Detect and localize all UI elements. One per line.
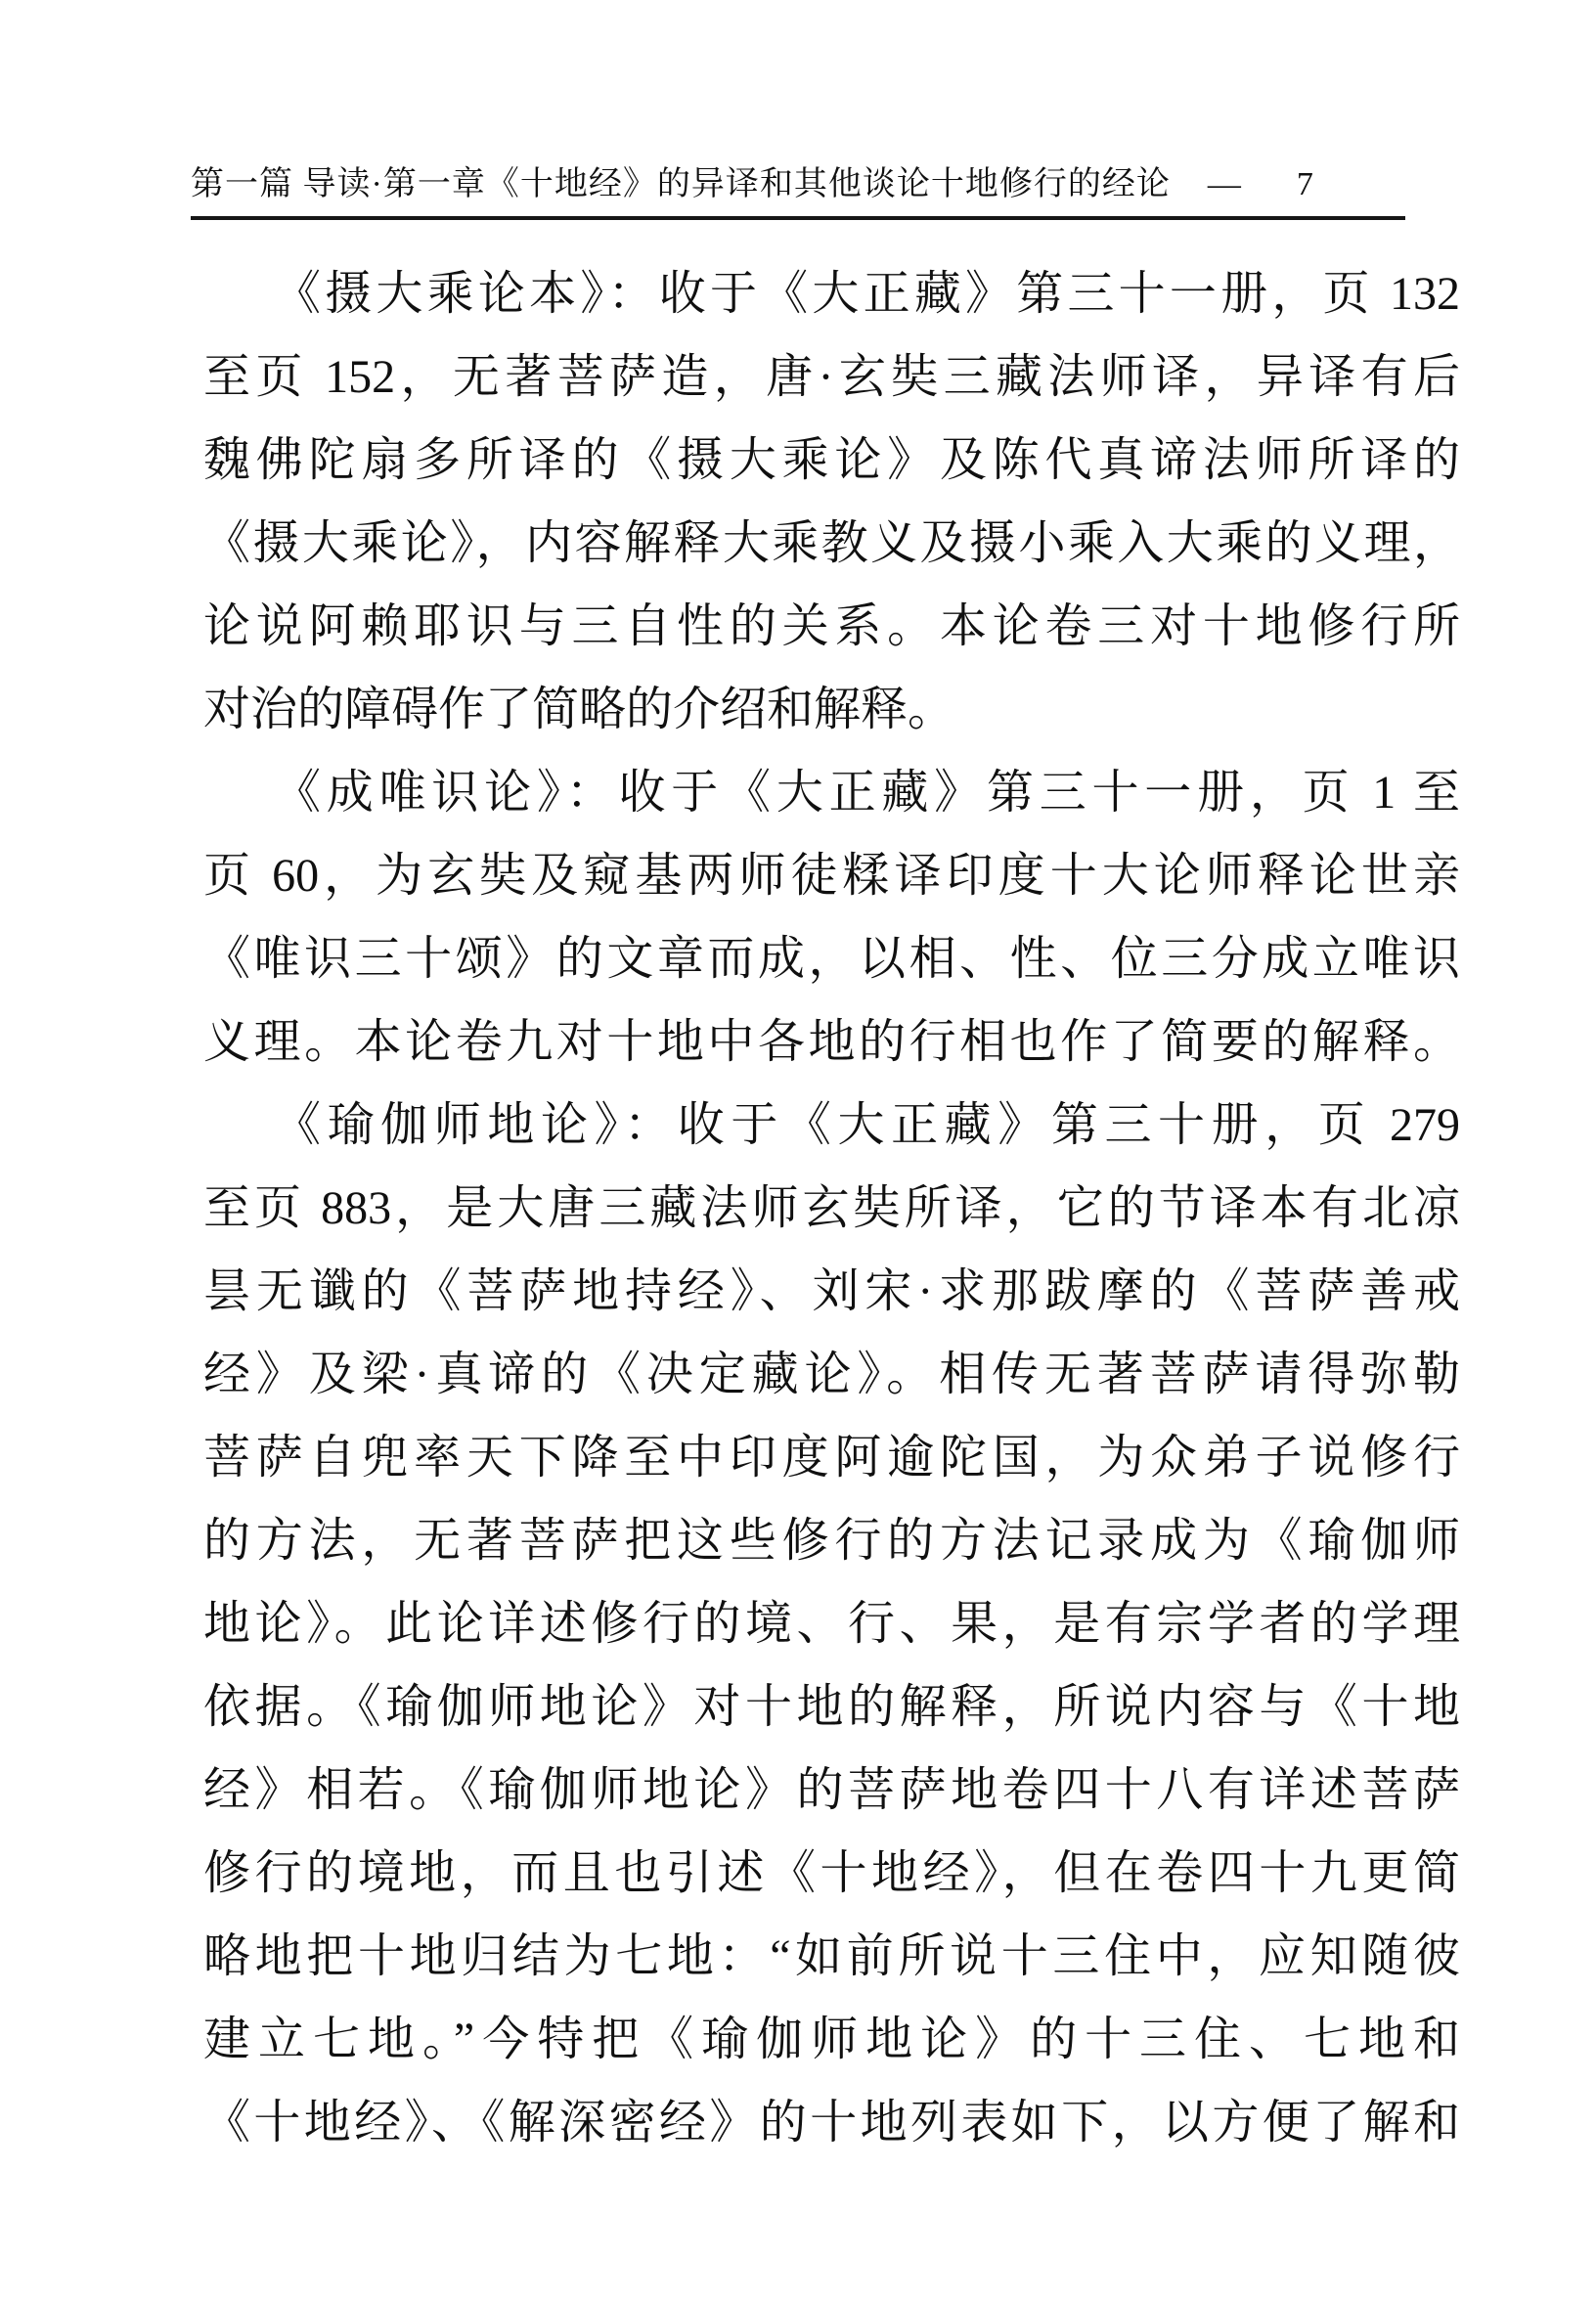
text-line-2: 至页 152，无著菩萨造，唐·玄奘三藏法师译，异译有后 <box>203 335 1460 419</box>
text-line-4: 《摄大乘论》，内容解释大乘教义及摄小乘入大乘的义理， <box>203 502 1460 585</box>
running-header: 第一篇 导读·第一章《十地经》的异译和其他谈论十地修行的经论 — 7 <box>191 156 1405 220</box>
text-line-21: 略地把十地归结为七地：“如前所说十三住中，应知随彼 <box>203 1915 1460 1998</box>
text-line-18: 依据。《瑜伽师地论》对十地的解释，所说内容与《十地 <box>203 1665 1460 1749</box>
running-header-dash: — <box>1208 166 1242 203</box>
text-line-6: 对治的障碍作了简略的介绍和解释。 <box>203 668 1460 751</box>
text-line-9: 《唯识三十颂》的文章而成，以相、性、位三分成立唯识 <box>203 917 1460 1000</box>
text-line-12: 至页 883，是大唐三藏法师玄奘所译，它的节译本有北凉 <box>203 1167 1460 1250</box>
text-line-14: 经》及梁·真谛的《决定藏论》。相传无著菩萨请得弥勒 <box>203 1333 1460 1416</box>
text-line-3: 魏佛陀扇多所译的《摄大乘论》及陈代真谛法师所译的 <box>203 419 1460 502</box>
text-line-22: 建立七地。”今特把《瑜伽师地论》的十三住、七地和 <box>203 1998 1460 2081</box>
running-header-title: 第一篇 导读·第一章《十地经》的异译和其他谈论十地修行的经论 <box>191 156 1171 204</box>
book-page: 第一篇 导读·第一章《十地经》的异译和其他谈论十地修行的经论 — 7 《摄大乘论… <box>0 0 1596 2303</box>
body-text: 《摄大乘论本》：收于《大正藏》第三十一册，页 132至页 152，无著菩萨造，唐… <box>203 252 1460 2164</box>
text-line-8: 页 60，为玄奘及窥基两师徒糅译印度十大论师释论世亲 <box>203 834 1460 917</box>
text-line-7: 《成唯识论》：收于《大正藏》第三十一册，页 1 至 <box>203 751 1460 834</box>
text-line-20: 修行的境地，而且也引述《十地经》，但在卷四十九更简 <box>203 1832 1460 1915</box>
text-line-13: 昙无谶的《菩萨地持经》、刘宋·求那跋摩的《菩萨善戒 <box>203 1250 1460 1333</box>
text-line-10: 义理。本论卷九对十地中各地的行相也作了简要的解释。 <box>203 1000 1460 1084</box>
text-line-23: 《十地经》、《解深密经》的十地列表如下，以方便了解和 <box>203 2081 1460 2164</box>
text-line-11: 《瑜伽师地论》：收于《大正藏》第三十册，页 279 <box>203 1084 1460 1167</box>
text-line-19: 经》相若。《瑜伽师地论》的菩萨地卷四十八有详述菩萨 <box>203 1749 1460 1832</box>
text-line-1: 《摄大乘论本》：收于《大正藏》第三十一册，页 132 <box>203 252 1460 335</box>
text-line-16: 的方法，无著菩萨把这些修行的方法记录成为《瑜伽师 <box>203 1499 1460 1582</box>
page-number: 7 <box>1297 166 1314 203</box>
text-line-15: 菩萨自兜率天下降至中印度阿逾陀国，为众弟子说修行 <box>203 1416 1460 1499</box>
text-line-17: 地论》。此论详述修行的境、行、果，是有宗学者的学理 <box>203 1582 1460 1665</box>
text-line-5: 论说阿赖耶识与三自性的关系。本论卷三对十地修行所 <box>203 585 1460 668</box>
